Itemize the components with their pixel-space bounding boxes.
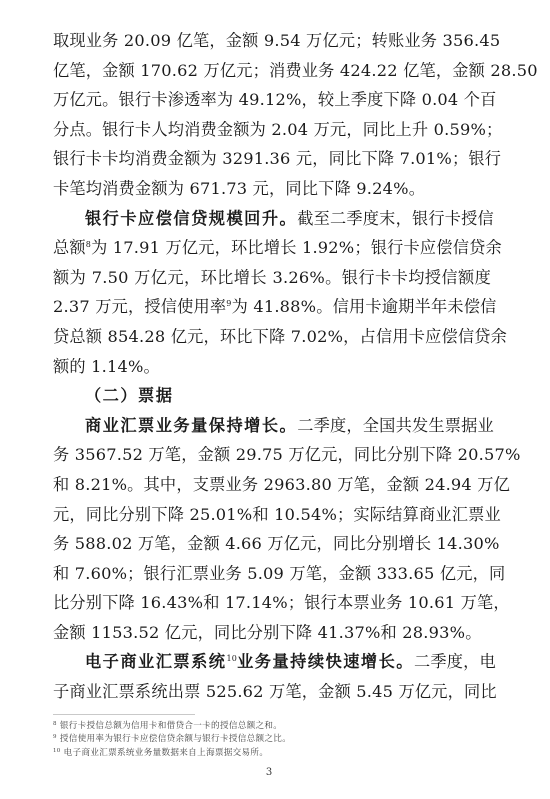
bills-paragraph-heading: 商业汇票业务量保持增长。 xyxy=(85,416,297,435)
text-line: 万亿元。银行卡渗透率为 49.12%，较上季度下降 0.04 个百 xyxy=(53,85,491,115)
text-line: 卡笔均消费金额为 671.73 元，同比下降 9.24%。 xyxy=(53,174,491,204)
section-heading: （二）票据 xyxy=(53,381,491,411)
text-line: 比分别下降 16.43%和 17.14%；银行本票业务 10.61 万笔， xyxy=(53,588,491,618)
body-text: 取现业务 20.09 亿笔，金额 9.54 万亿元；转账业务 356.45 亿笔… xyxy=(53,26,491,707)
text-line: 和 7.60%；银行汇票业务 5.09 万笔，金额 333.65 亿元，同 xyxy=(53,559,491,589)
credit-paragraph-heading: 银行卡应偿信贷规模回升。 xyxy=(85,209,297,228)
text-line: 务 3567.52 万笔，金额 29.75 万亿元，同比分别下降 20.57% xyxy=(53,440,491,470)
text-line: 取现业务 20.09 亿笔，金额 9.54 万亿元；转账业务 356.45 xyxy=(53,26,491,56)
text-fragment: 为 41.88%。信用卡逾期半年未偿信 xyxy=(232,297,497,316)
text-fragment: 2.37 万元，授信使用率 xyxy=(53,297,226,316)
text-line: 金额 1153.52 亿元，同比分别下降 41.37%和 28.93%。 xyxy=(53,618,491,648)
ecds-heading-a: 电子商业汇票系统 xyxy=(85,652,227,671)
text-line: 银行卡卡均消费金额为 3291.36 元，同比下降 7.01%；银行 xyxy=(53,144,491,174)
footnote-text: 电子商业汇票系统业务量数据来自上海票据交易所。 xyxy=(64,748,269,758)
footnote-8: 8 银行卡授信总额为信用卡和借贷合一卡的授信总额之和。 xyxy=(53,720,353,733)
page-number: 3 xyxy=(262,767,276,778)
credit-paragraph-text: 截至二季度末，银行卡授信 xyxy=(297,209,494,228)
text-line: 额的 1.14%。 xyxy=(53,352,491,382)
text-line: 务 588.02 万笔，金额 4.66 万亿元，同比分别增长 14.30% xyxy=(53,529,491,559)
text-fragment: 总额 xyxy=(53,238,86,257)
footnote-text: 授信使用率为银行卡应偿信贷余额与银行卡授信总额之比。 xyxy=(60,734,291,744)
footnote-mark: 9 xyxy=(53,734,57,740)
text-line: 2.37 万元，授信使用率9为 41.88%。信用卡逾期半年未偿信 xyxy=(53,292,491,322)
footnote-mark: 10 xyxy=(53,748,61,754)
ecds-paragraph-text: 二季度，电 xyxy=(414,652,496,671)
text-line: 额为 7.50 万亿元，环比增长 3.26%。银行卡卡均授信额度 xyxy=(53,263,491,293)
footnote-ref-10[interactable]: 10 xyxy=(227,654,238,663)
footnotes: 8 银行卡授信总额为信用卡和借贷合一卡的授信总额之和。 9 授信使用率为银行卡应… xyxy=(53,720,353,760)
text-fragment: 为 17.91 万亿元，环比增长 1.92%；银行卡应偿信贷余 xyxy=(91,238,502,257)
ecds-heading-b: 业务量持续快速增长。 xyxy=(237,652,414,671)
text-line: 分点。银行卡人均消费金额为 2.04 万元，同比上升 0.59%； xyxy=(53,115,491,145)
footnote-9: 9 授信使用率为银行卡应偿信贷余额与银行卡授信总额之比。 xyxy=(53,733,353,746)
bills-paragraph-first-line: 商业汇票业务量保持增长。二季度，全国共发生票据业 xyxy=(53,411,491,441)
section-heading-text: （二）票据 xyxy=(85,386,173,405)
text-line: 和 8.21%。其中，支票业务 2963.80 万笔，金额 24.94 万亿 xyxy=(53,470,491,500)
text-line: 子商业汇票系统出票 525.62 万笔，金额 5.45 万亿元，同比 xyxy=(53,677,491,707)
bills-paragraph-text: 二季度，全国共发生票据业 xyxy=(297,416,494,435)
text-line: 亿笔，金额 170.62 万亿元；消费业务 424.22 亿笔，金额 28.50 xyxy=(53,56,491,86)
document-page: 取现业务 20.09 亿笔，金额 9.54 万亿元；转账业务 356.45 亿笔… xyxy=(0,0,550,799)
credit-paragraph-first-line: 银行卡应偿信贷规模回升。截至二季度末，银行卡授信 xyxy=(53,204,491,234)
footnote-10: 10 电子商业汇票系统业务量数据来自上海票据交易所。 xyxy=(53,747,353,760)
text-line: 元，同比分别下降 25.01%和 10.54%；实际结算商业汇票业 xyxy=(53,500,491,530)
footnote-divider xyxy=(53,714,195,715)
footnote-mark: 8 xyxy=(53,721,57,727)
footnote-text: 银行卡授信总额为信用卡和借贷合一卡的授信总额之和。 xyxy=(60,721,282,731)
text-line: 总额8为 17.91 万亿元，环比增长 1.92%；银行卡应偿信贷余 xyxy=(53,233,491,263)
ecds-paragraph-first-line: 电子商业汇票系统10业务量持续快速增长。二季度，电 xyxy=(53,647,491,677)
text-line: 贷总额 854.28 亿元，环比下降 7.02%，占信用卡应偿信贷余 xyxy=(53,322,491,352)
